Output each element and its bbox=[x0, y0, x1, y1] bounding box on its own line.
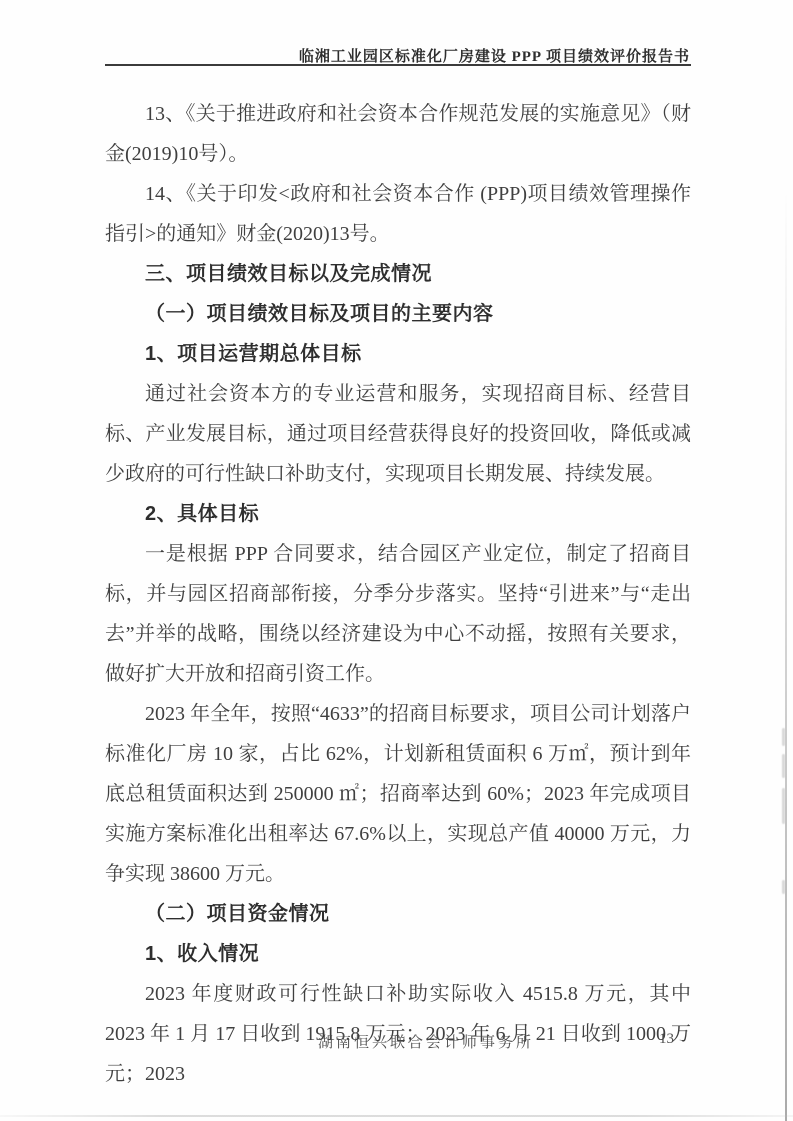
paragraph-2023-targets: 2023 年全年，按照“4633”的招商目标要求，项目公司计划落户标准化厂房 1… bbox=[105, 694, 691, 894]
paragraph-ref-14: 14、《关于印发<政府和社会资本合作 (PPP)项目绩效管理操作指引>的通知》财… bbox=[105, 174, 691, 254]
heading-overall-goal: 1、项目运营期总体目标 bbox=[105, 334, 691, 374]
paragraph-specific-goal: 一是根据 PPP 合同要求，结合园区产业定位，制定了招商目标，并与园区招商部衔接… bbox=[105, 534, 691, 694]
heading-income: 1、收入情况 bbox=[105, 934, 691, 974]
scan-smudge bbox=[782, 754, 785, 778]
heading-sub-two-funds: （二）项目资金情况 bbox=[105, 894, 691, 934]
paragraph-ref-13: 13、《关于推进政府和社会资本合作规范发展的实施意见》（财金(2019)10号）… bbox=[105, 94, 691, 174]
scan-smudge bbox=[782, 788, 785, 824]
heading-section-three: 三、项目绩效目标以及完成情况 bbox=[105, 254, 691, 294]
footer-page-number: 13 bbox=[659, 1031, 674, 1048]
heading-sub-one: （一）项目绩效目标及项目的主要内容 bbox=[105, 294, 691, 334]
scan-smudge bbox=[782, 728, 785, 746]
header-rule bbox=[105, 64, 691, 66]
document-content: 13、《关于推进政府和社会资本合作规范发展的实施意见》（财金(2019)10号）… bbox=[105, 94, 691, 1094]
paragraph-overall-goal: 通过社会资本方的专业运营和服务，实现招商目标、经营目标、产业发展目标，通过项目经… bbox=[105, 374, 691, 494]
scan-smudge bbox=[782, 880, 785, 894]
scan-edge-right bbox=[785, 190, 787, 1121]
scan-edge-bottom bbox=[0, 1115, 793, 1117]
heading-specific-goal: 2、具体目标 bbox=[105, 494, 691, 534]
document-page: 临湘工业园区标准化厂房建设 PPP 项目绩效评价报告书 13、《关于推进政府和社… bbox=[0, 0, 793, 1121]
footer-organization: 湖南恒兴联合会计师事务所 bbox=[318, 1031, 534, 1052]
page-header-title: 临湘工业园区标准化厂房建设 PPP 项目绩效评价报告书 bbox=[299, 45, 690, 66]
